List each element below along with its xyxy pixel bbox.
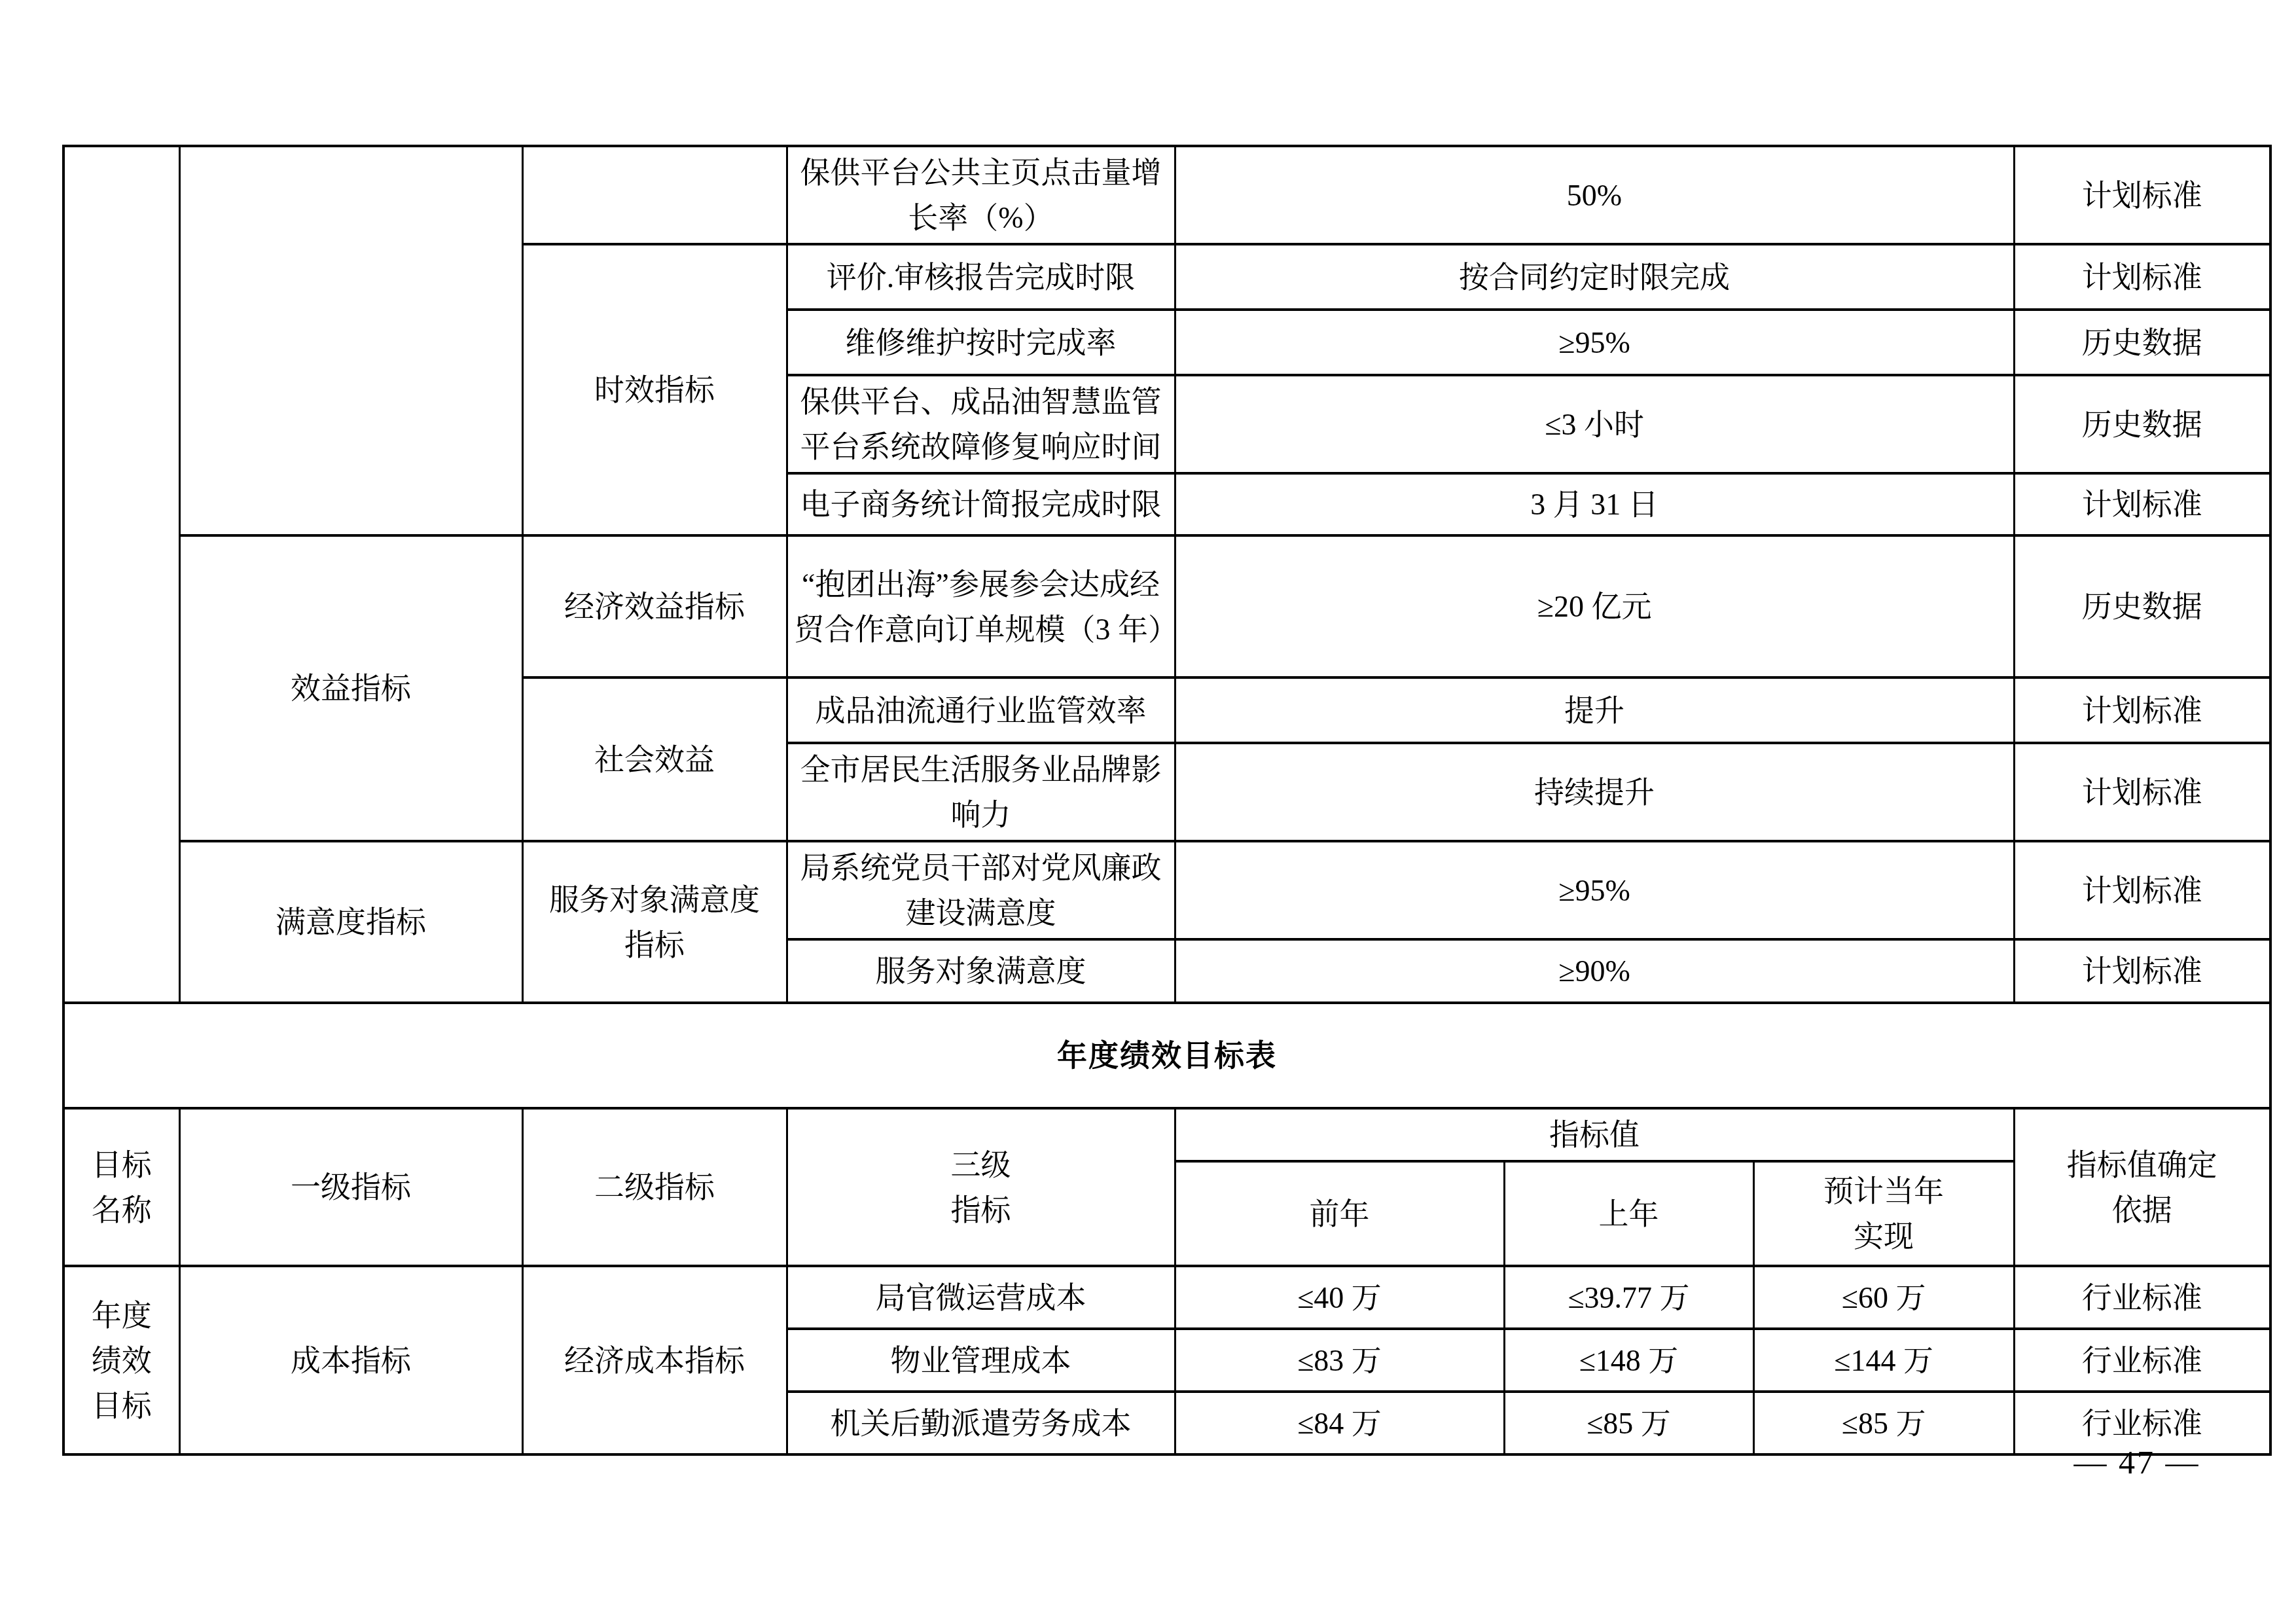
cell-indicator-value: ≥95% <box>1175 310 2014 375</box>
cell-group-timeliness: 时效指标 <box>522 244 787 535</box>
cell-value-prev2: ≤84 万 <box>1175 1392 1504 1454</box>
cell-indicator-value: 提升 <box>1175 677 2014 743</box>
cell-value-prev2: ≤40 万 <box>1175 1266 1504 1329</box>
header-year-before-last: 前年 <box>1175 1161 1504 1266</box>
cell-level3-indicator: 服务对象满意度 <box>787 939 1175 1003</box>
cell-group-benefit: 效益指标 <box>179 535 522 841</box>
cell-group-cost: 成本指标 <box>179 1266 522 1454</box>
cell-level3-indicator: 保供平台、成品油智慧监管平台系统故障修复响应时间 <box>787 375 1175 473</box>
cell-value-basis: 计划标准 <box>2014 473 2270 535</box>
cell-level3-indicator: 维修维护按时完成率 <box>787 310 1175 375</box>
cell-value-basis: 计划标准 <box>2014 244 2270 310</box>
table-row: 年度 绩效 目标 成本指标 经济成本指标 局官微运营成本 ≤40 万 ≤39.7… <box>63 1266 2270 1329</box>
cell-level3-indicator: 电子商务统计简报完成时限 <box>787 473 1175 535</box>
header-indicator-value-group: 指标值 <box>1175 1108 2014 1161</box>
cell-value-current: ≤144 万 <box>1753 1329 2014 1392</box>
cell-target-name-continued-empty <box>63 146 179 1003</box>
cell-target-name-annual: 年度 绩效 目标 <box>63 1266 179 1454</box>
cell-value-basis: 计划标准 <box>2014 146 2270 244</box>
cell-level3-indicator: 成品油流通行业监管效率 <box>787 677 1175 743</box>
cell-level2-continued-empty <box>522 146 787 244</box>
cell-value-basis: 计划标准 <box>2014 743 2270 841</box>
header-level3: 三级 指标 <box>787 1108 1175 1266</box>
table-header-row: 目标 名称 一级指标 二级指标 三级 指标 指标值 指标值确定 依据 <box>63 1108 2270 1161</box>
cell-group-economic-benefit: 经济效益指标 <box>522 535 787 677</box>
cell-group-social-benefit: 社会效益 <box>522 677 787 841</box>
cell-indicator-value: 按合同约定时限完成 <box>1175 244 2014 310</box>
cell-level3-indicator: “抱团出海”参展参会达成经贸合作意向订单规模（3 年） <box>787 535 1175 677</box>
performance-indicator-table: 保供平台公共主页点击量增长率（%） 50% 计划标准 时效指标 评价.审核报告完… <box>62 145 2272 1456</box>
table-row: 效益指标 经济效益指标 “抱团出海”参展参会达成经贸合作意向订单规模（3 年） … <box>63 535 2270 677</box>
cell-value-current: ≤85 万 <box>1753 1392 2014 1454</box>
cell-indicator-value: 50% <box>1175 146 2014 244</box>
page-number: — 47 — <box>2016 1443 2258 1481</box>
cell-value-basis: 历史数据 <box>2014 310 2270 375</box>
cell-value-prev1: ≤148 万 <box>1504 1329 1753 1392</box>
cell-value-current: ≤60 万 <box>1753 1266 2014 1329</box>
cell-value-basis: 历史数据 <box>2014 375 2270 473</box>
table-row: 保供平台公共主页点击量增长率（%） 50% 计划标准 <box>63 146 2270 244</box>
cell-value-prev1: ≤39.77 万 <box>1504 1266 1753 1329</box>
header-current-year-estimate: 预计当年 实现 <box>1753 1161 2014 1266</box>
cell-value-basis: 计划标准 <box>2014 841 2270 939</box>
cell-level3-indicator: 保供平台公共主页点击量增长率（%） <box>787 146 1175 244</box>
cell-level1-continued-empty <box>179 146 522 535</box>
header-value-basis: 指标值确定 依据 <box>2014 1108 2270 1266</box>
cell-group-economic-cost: 经济成本指标 <box>522 1266 787 1454</box>
cell-value-prev2: ≤83 万 <box>1175 1329 1504 1392</box>
cell-group-satisfaction: 满意度指标 <box>179 841 522 1003</box>
document-page: 保供平台公共主页点击量增长率（%） 50% 计划标准 时效指标 评价.审核报告完… <box>0 0 2296 1624</box>
header-last-year: 上年 <box>1504 1161 1753 1266</box>
header-level2: 二级指标 <box>522 1108 787 1266</box>
cell-value-basis: 行业标准 <box>2014 1266 2270 1329</box>
cell-indicator-value: 3 月 31 日 <box>1175 473 2014 535</box>
cell-value-basis: 计划标准 <box>2014 939 2270 1003</box>
cell-value-basis: 行业标准 <box>2014 1329 2270 1392</box>
cell-level3-indicator: 机关后勤派遣劳务成本 <box>787 1392 1175 1454</box>
cell-level3-indicator: 物业管理成本 <box>787 1329 1175 1392</box>
header-target-name: 目标 名称 <box>63 1108 179 1266</box>
header-level1: 一级指标 <box>179 1108 522 1266</box>
cell-indicator-value: ≤3 小时 <box>1175 375 2014 473</box>
table-row: 年度绩效目标表 <box>63 1003 2270 1108</box>
cell-indicator-value: ≥90% <box>1175 939 2014 1003</box>
cell-indicator-value: ≥20 亿元 <box>1175 535 2014 677</box>
cell-group-service-satisfaction: 服务对象满意度 指标 <box>522 841 787 1003</box>
cell-indicator-value: ≥95% <box>1175 841 2014 939</box>
cell-level3-indicator: 局系统党员干部对党风廉政建设满意度 <box>787 841 1175 939</box>
cell-indicator-value: 持续提升 <box>1175 743 2014 841</box>
table-row: 满意度指标 服务对象满意度 指标 局系统党员干部对党风廉政建设满意度 ≥95% … <box>63 841 2270 939</box>
cell-value-basis: 历史数据 <box>2014 535 2270 677</box>
cell-level3-indicator: 评价.审核报告完成时限 <box>787 244 1175 310</box>
annual-table-title: 年度绩效目标表 <box>63 1003 2270 1108</box>
cell-value-prev1: ≤85 万 <box>1504 1392 1753 1454</box>
cell-value-basis: 计划标准 <box>2014 677 2270 743</box>
cell-level3-indicator: 全市居民生活服务业品牌影响力 <box>787 743 1175 841</box>
cell-level3-indicator: 局官微运营成本 <box>787 1266 1175 1329</box>
